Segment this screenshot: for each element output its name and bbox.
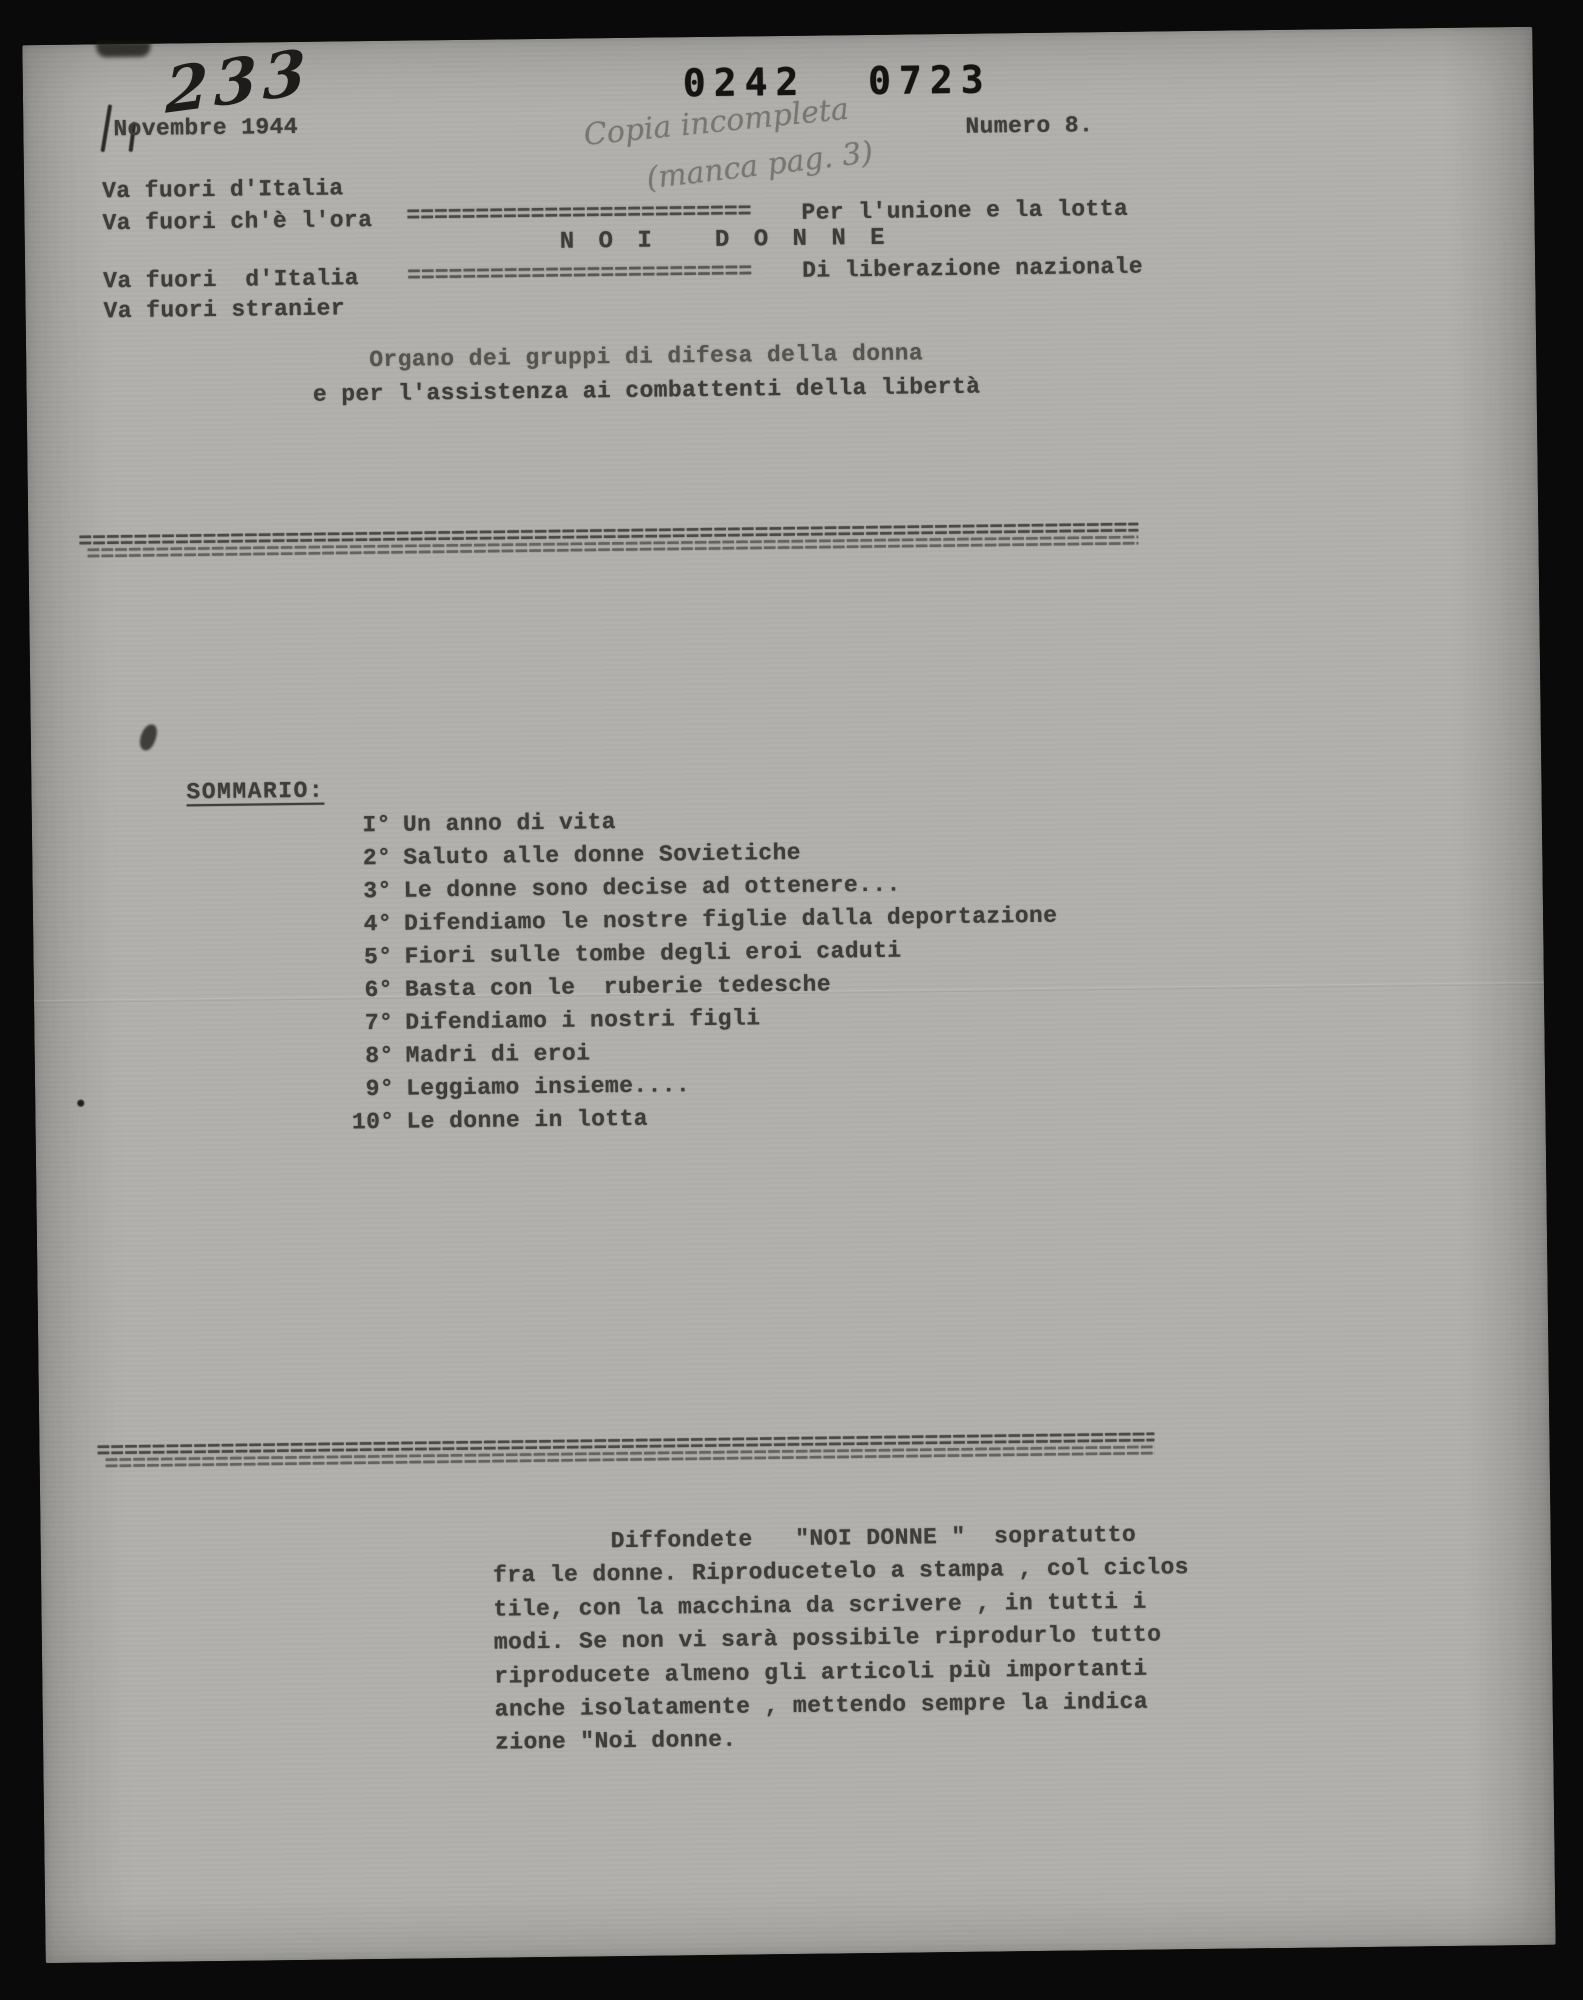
item-number: 10°	[330, 1106, 394, 1140]
sommario-heading: SOMMARIO:	[186, 778, 324, 806]
slogan-left-line1: Va fuori d'Italia	[102, 175, 344, 204]
item-number: I°	[327, 809, 391, 843]
item-title: Le donne sono decise ad ottenere...	[404, 872, 901, 904]
item-title: Difendiamo le nostre figlie dalla deport…	[404, 903, 1058, 937]
item-number: 8°	[330, 1040, 394, 1074]
slogan-right-line2: Di liberazione nazionale	[802, 254, 1143, 284]
item-title: Le donne in lotta	[406, 1106, 648, 1135]
item-title: Madri di eroi	[406, 1040, 591, 1068]
item-title: Un anno di vita	[403, 809, 616, 838]
item-title: Leggiamo insieme....	[406, 1072, 690, 1101]
masthead-title: N O I D O N N E	[560, 225, 890, 256]
document-page: 233 0242 0723 Copia incompleta (manca pa…	[22, 27, 1555, 1963]
separator-rule-top: ========================================…	[78, 522, 1138, 567]
item-number: 7°	[329, 1007, 393, 1041]
item-title: Difendiamo i nostri figli	[405, 1005, 760, 1035]
slogan-left-line4: Va fuori stranier	[103, 295, 345, 324]
date-line: Novembre 1944	[113, 114, 298, 142]
separator-rule-bottom: ========================================…	[96, 1432, 1154, 1477]
item-title: Saluto alle donne Sovietiche	[403, 840, 801, 871]
paper-edge-stain	[96, 42, 150, 58]
sommario-list: I°Un anno di vita 2°Saluto alle donne So…	[327, 801, 1060, 1140]
item-title: Fiori sulle tombe degli eroi caduti	[404, 938, 901, 970]
slogan-left-line2: Va fuori ch'è l'ora	[102, 207, 372, 236]
pencil-annotation-line2: (manca pag. 3)	[645, 135, 875, 196]
item-number: 4°	[328, 908, 392, 942]
item-number: 5°	[328, 941, 392, 975]
item-number: 9°	[330, 1073, 394, 1107]
footer-paragraph: Diffondete "NOI DONNE " sopratutto fra l…	[492, 1518, 1215, 1761]
masthead-rule-top: =========================	[406, 204, 756, 222]
masthead-rule-bottom: =========================	[407, 264, 757, 282]
scan-background: { "document": { "handwritten_number": "2…	[0, 0, 1583, 2000]
item-number: 2°	[327, 842, 391, 876]
item-number: 3°	[328, 875, 392, 909]
slogan-right-line1: Per l'unione e la lotta	[801, 196, 1128, 226]
issue-number: Numero 8.	[965, 112, 1093, 140]
pen-stroke	[101, 104, 113, 152]
ink-dot	[77, 1100, 84, 1107]
item-title: Basta con le ruberie tedesche	[405, 971, 831, 1002]
ink-blot	[137, 722, 159, 752]
item-number: 6°	[329, 974, 393, 1008]
slogan-left-line3: Va fuori d'Italia	[103, 265, 359, 294]
